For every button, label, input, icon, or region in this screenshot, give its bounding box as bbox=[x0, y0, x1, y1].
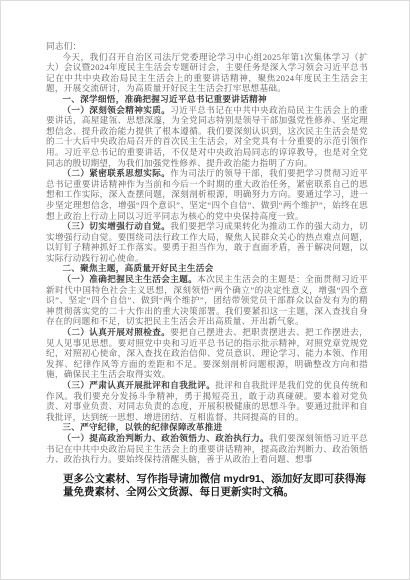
section-1-item-2: （二）紧密联系思想实际。作为司法厅的领导干部，我们要把学习贯彻习近平总书记重要讲… bbox=[46, 168, 368, 221]
section-1-item-3: （三）切实增强行动自觉。我们要把学习成果转化为推动工作的强大动力，切实增强行动自… bbox=[46, 221, 368, 263]
subsection-lead: （三）切实增强行动自觉。 bbox=[62, 221, 170, 231]
promo-footer: 更多公文素材、写作指导请加微信 mydr91、添加好友即可获得海量免费素材、全网… bbox=[46, 473, 373, 499]
subsection-lead: （一）提高政治判断力、政治领悟力、政治执行力。 bbox=[62, 433, 269, 443]
subsection-lead: （一）准确把握民主生活会主题。 bbox=[62, 274, 197, 284]
section-3-heading: 三、严守纪律，以铁的纪律保障改革推进 bbox=[46, 422, 368, 433]
subsection-lead: （二）认真开展对照检查。 bbox=[62, 327, 170, 337]
section-2-heading: 二、聚焦主题，高质量开好民主生活会 bbox=[46, 263, 368, 274]
document-page: 同志们： 今天，我们召开自治区司法厅党委理论学习中心组2025年第1次集体学习（… bbox=[0, 0, 410, 580]
section-1-heading: 一、深学细悟，准确把握习近平总书记重要讲话精神 bbox=[46, 94, 368, 105]
subsection-lead: （三）严肃认真开展批评和自我批评。 bbox=[62, 380, 215, 390]
intro-paragraph: 今天，我们召开自治区司法厅党委理论学习中心组2025年第1次集体学习（扩大）会议… bbox=[46, 52, 368, 94]
section-2-item-2: （二）认真开展对照检查。要把自己摆进去、把职责摆进去、把工作摆进去，见人见事见思… bbox=[46, 327, 368, 380]
subsection-lead: （一）深刻领会精神实质。 bbox=[62, 105, 170, 115]
section-2-item-1: （一）准确把握民主生活会主题。本次民主生活会的主题是：全面贯彻习近平新时代中国特… bbox=[46, 274, 368, 327]
subsection-lead: （二）紧密联系思想实际。 bbox=[62, 168, 170, 178]
salutation: 同志们： bbox=[46, 41, 368, 52]
section-3-item-1: （一）提高政治判断力、政治领悟力、政治执行力。我们要深刻领悟习近平总书记在中共中… bbox=[46, 433, 368, 465]
document-body: 同志们： 今天，我们召开自治区司法厅党委理论学习中心组2025年第1次集体学习（… bbox=[46, 41, 368, 465]
section-1-item-1: （一）深刻领会精神实质。习近平总书记在中共中央政治局民主生活会上的重要讲话，高屋… bbox=[46, 105, 368, 169]
section-2-item-3: （三）严肃认真开展批评和自我批评。批评和自我批评是我们党的优良传统和作风。我们要… bbox=[46, 380, 368, 422]
